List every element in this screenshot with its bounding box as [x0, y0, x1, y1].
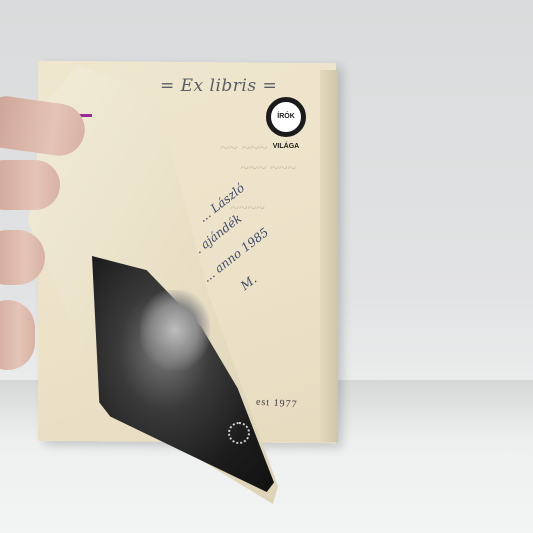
photo-logo-icon	[228, 422, 250, 444]
stamp-text: ÍRÓK VILÁGA	[271, 102, 301, 162]
hand	[0, 100, 100, 390]
finger	[0, 300, 35, 370]
finger	[0, 230, 45, 285]
bleed-through-text: ~~ ~~~	[220, 140, 267, 158]
publisher-stamp-icon: ÍRÓK VILÁGA	[266, 97, 306, 137]
ex-libris-text: = Ex libris =	[160, 76, 277, 96]
book-edge	[320, 70, 338, 442]
finger	[0, 160, 60, 210]
finger	[0, 93, 88, 159]
bleed-through-text: ~~~ ~~~	[240, 160, 296, 178]
photo-subject	[140, 290, 210, 370]
